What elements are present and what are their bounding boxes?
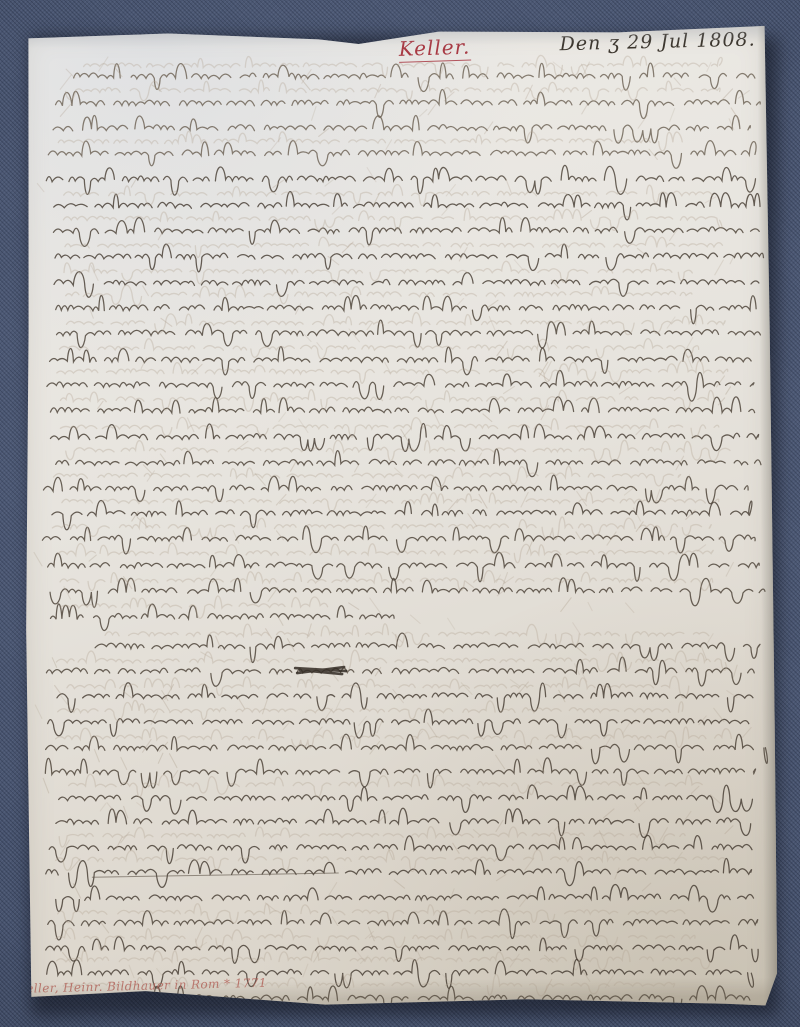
letter-page: Keller. Den ʒ 29 Jul 1808. Keller, Heinr…	[19, 23, 778, 1012]
handwriting-body	[22, 26, 775, 1011]
catalog-label-red: Keller.	[398, 35, 470, 61]
catalog-label-text: Keller.	[398, 35, 470, 63]
photograph-background: Keller. Den ʒ 29 Jul 1808. Keller, Heinr…	[0, 0, 800, 1027]
